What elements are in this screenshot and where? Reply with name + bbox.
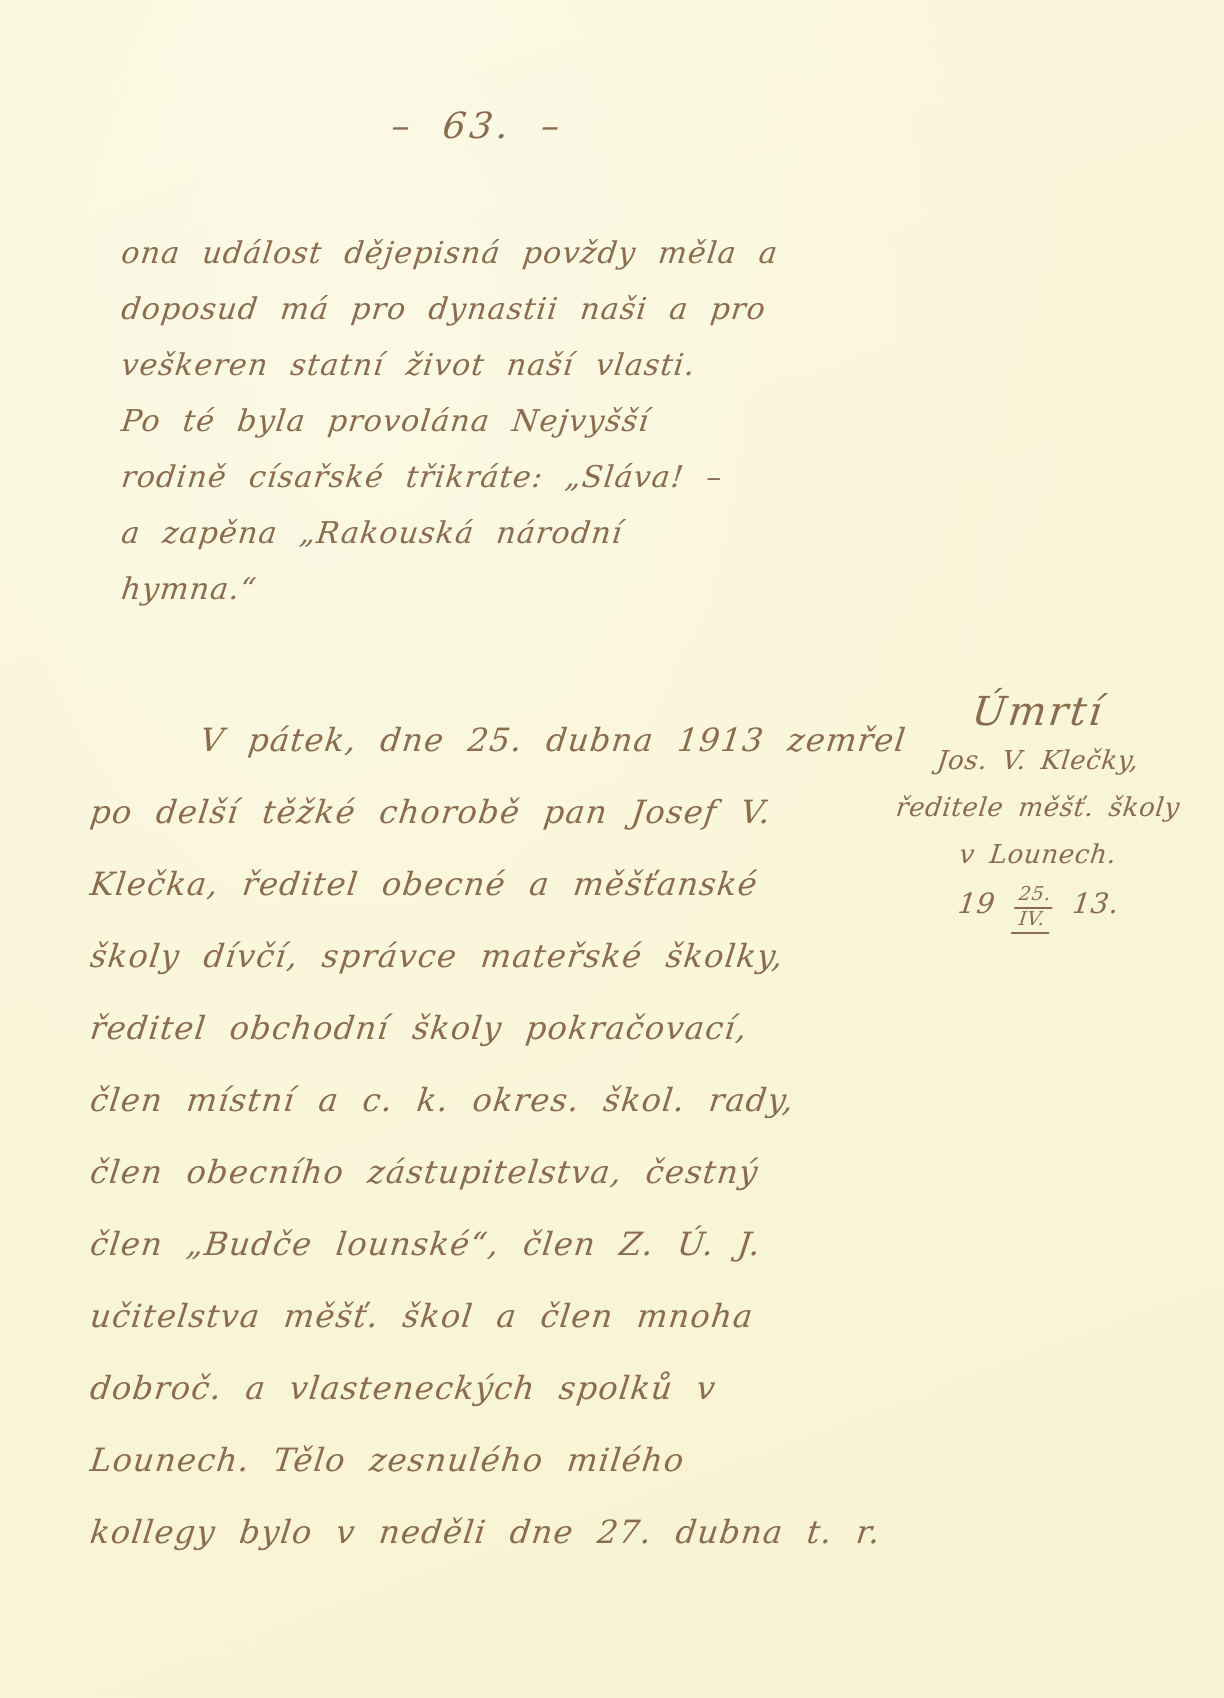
margin-note-line: ředitele měšť. školy [858,785,1218,832]
date-year-prefix: 19 [956,887,997,920]
handwritten-line: a zapěna „Rakouská národní [118,506,845,562]
handwritten-line: ona událost dějepisná povždy měla a [118,226,845,282]
handwritten-line: doposud má pro dynastii naši a pro [118,282,845,338]
handwritten-line: po delší těžké chorobě pan Josef V. [86,776,865,848]
handwritten-line: Klečka, ředitel obecné a měšťanské [86,848,865,920]
margin-note-title: Úmrtí [858,686,1218,738]
handwritten-line: učitelstva měšť. škol a člen mnoha [86,1280,865,1352]
handwritten-line: člen obecního zástupitelstva, čestný [86,1136,865,1208]
handwritten-line: V pátek, dne 25. dubna 1913 zemřel [86,704,865,776]
paragraph-opening: ona událost dějepisná povždy měla a dopo… [118,226,838,618]
date-fraction: 25. IV. [1011,884,1055,934]
handwritten-line: rodině císařské třikráte: „Sláva! – [118,450,845,506]
handwritten-line: ředitel obchodní školy pokračovací, [86,992,865,1064]
handwritten-line: člen „Budče lounské“, člen Z. Ú. J. [86,1208,865,1280]
handwritten-line: dobroč. a vlasteneckých spolků v [86,1352,865,1424]
date-day: 25. [1014,884,1055,909]
margin-note-date: 19 25. IV. 13. [858,881,1218,934]
page-number: – 63. – [0,106,955,147]
handwritten-line: školy dívčí, správce mateřské školky, [86,920,865,992]
handwritten-line: kollegy bylo v neděli dne 27. dubna t. r… [86,1496,865,1568]
handwritten-line: člen místní a c. k. okres. škol. rady, [86,1064,865,1136]
handwritten-line: veškeren statní život naší vlasti. [118,338,845,394]
margin-note-line: Jos. V. Klečky, [858,738,1218,785]
margin-note: Úmrtí Jos. V. Klečky, ředitele měšť. ško… [858,686,1212,934]
paragraph-obituary: V pátek, dne 25. dubna 1913 zemřel po de… [86,704,856,1568]
handwritten-line: hymna.“ [118,562,845,618]
date-month: IV. [1011,909,1052,934]
handwritten-line: Po té byla provolána Nejvyšší [118,394,845,450]
handwritten-line: Lounech. Tělo zesnulého milého [86,1424,865,1496]
date-year-suffix: 13. [1071,887,1122,920]
manuscript-page: – 63. – ona událost dějepisná povždy měl… [0,0,1224,1698]
margin-note-line: v Lounech. [858,832,1218,879]
